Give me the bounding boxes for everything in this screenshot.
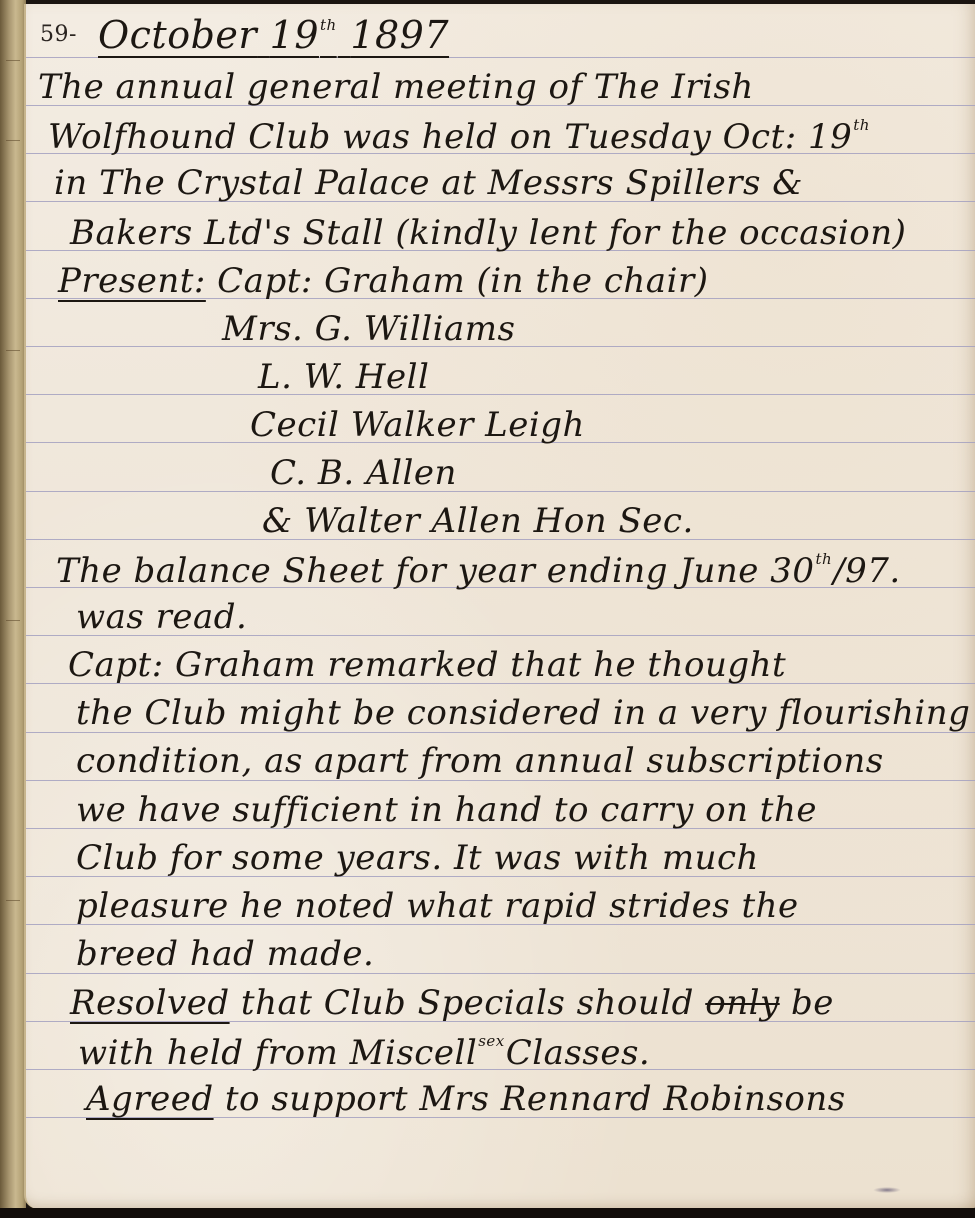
- resolved-label: Resolved: [70, 983, 230, 1023]
- book-binding: [0, 0, 26, 1218]
- date-heading: October 19th 1897: [98, 16, 449, 54]
- attendee: Mrs. G. Williams: [222, 312, 516, 346]
- binding-mark: [6, 620, 20, 621]
- binding-mark: [6, 60, 20, 61]
- remarks-line: condition, as apart from annual subscrip…: [76, 744, 884, 778]
- present-label: Present:: [58, 261, 206, 301]
- balance-sheet-line-1: The balance Sheet for year ending June 3…: [56, 552, 901, 588]
- present-line: Present: Capt: Graham (in the chair): [58, 264, 708, 298]
- intro-line-2-suffix: th: [853, 116, 870, 134]
- present-chair: Capt: Graham (in the chair): [217, 261, 708, 301]
- scanned-ledger-page: 59- October 19th 1897 The annual general…: [0, 0, 975, 1218]
- resolution-line-1: Resolved that Club Specials should only …: [70, 986, 834, 1020]
- balance-sheet-line-2: was read.: [76, 600, 247, 634]
- resolution-line-2: with held from MiscellsexClasses.: [78, 1034, 650, 1070]
- struck-word: only: [705, 983, 779, 1023]
- remarks-line: the Club might be considered in a very f…: [76, 696, 970, 730]
- resolution-line2-end: Classes.: [506, 1033, 650, 1073]
- binding-mark: [6, 350, 20, 351]
- remarks-line: Capt: Graham remarked that he thought: [68, 648, 786, 682]
- date-day: 19: [270, 13, 319, 57]
- balance-date-suffix: th: [815, 550, 832, 568]
- agreement-text: to support Mrs Rennard Robinsons: [225, 1079, 846, 1119]
- ink-smudge: [873, 1187, 901, 1193]
- ruled-line: [26, 491, 975, 492]
- remarks-line: we have sufficient in hand to carry on t…: [76, 793, 817, 827]
- intro-line-3: in The Crystal Palace at Messrs Spillers…: [54, 166, 803, 200]
- remarks-line: pleasure he noted what rapid strides the: [76, 889, 799, 923]
- ruled-line: [26, 57, 975, 58]
- resolution-end: be: [791, 983, 834, 1023]
- agreement-line: Agreed to support Mrs Rennard Robinsons: [86, 1082, 846, 1116]
- resolution-line2-start: with held from Miscell: [78, 1033, 477, 1073]
- attendee: C. B. Allen: [270, 456, 457, 490]
- intro-line-2: Wolfhound Club was held on Tuesday Oct: …: [48, 118, 871, 154]
- notebook-page: 59- October 19th 1897 The annual general…: [24, 4, 975, 1209]
- binding-mark: [6, 140, 20, 141]
- ruled-line: [26, 394, 975, 395]
- date-day-suffix: th: [320, 16, 337, 34]
- intro-line-4: Bakers Ltd's Stall (kindly lent for the …: [70, 216, 906, 250]
- remarks-line: Club for some years. It was with much: [76, 841, 759, 875]
- resolution-insert: sex: [478, 1032, 505, 1050]
- page-bottom-edge: [0, 1208, 975, 1218]
- page-number: 59-: [40, 24, 77, 46]
- attendee: Cecil Walker Leigh: [250, 408, 585, 442]
- intro-line-2-text: Wolfhound Club was held on Tuesday Oct: …: [48, 117, 852, 157]
- binding-mark: [6, 900, 20, 901]
- agreed-label: Agreed: [86, 1079, 214, 1119]
- attendee: L. W. Hell: [258, 360, 429, 394]
- date-month: October: [98, 13, 257, 57]
- balance-sheet-text: The balance Sheet for year ending June 3…: [56, 551, 814, 591]
- balance-year: /97.: [833, 551, 901, 591]
- date-year: 1897: [350, 13, 449, 57]
- resolution-text: that Club Specials should: [241, 983, 694, 1023]
- attendee: & Walter Allen Hon Sec.: [262, 504, 694, 538]
- intro-line-1: The annual general meeting of The Irish: [38, 70, 754, 104]
- remarks-line: breed had made.: [76, 937, 374, 971]
